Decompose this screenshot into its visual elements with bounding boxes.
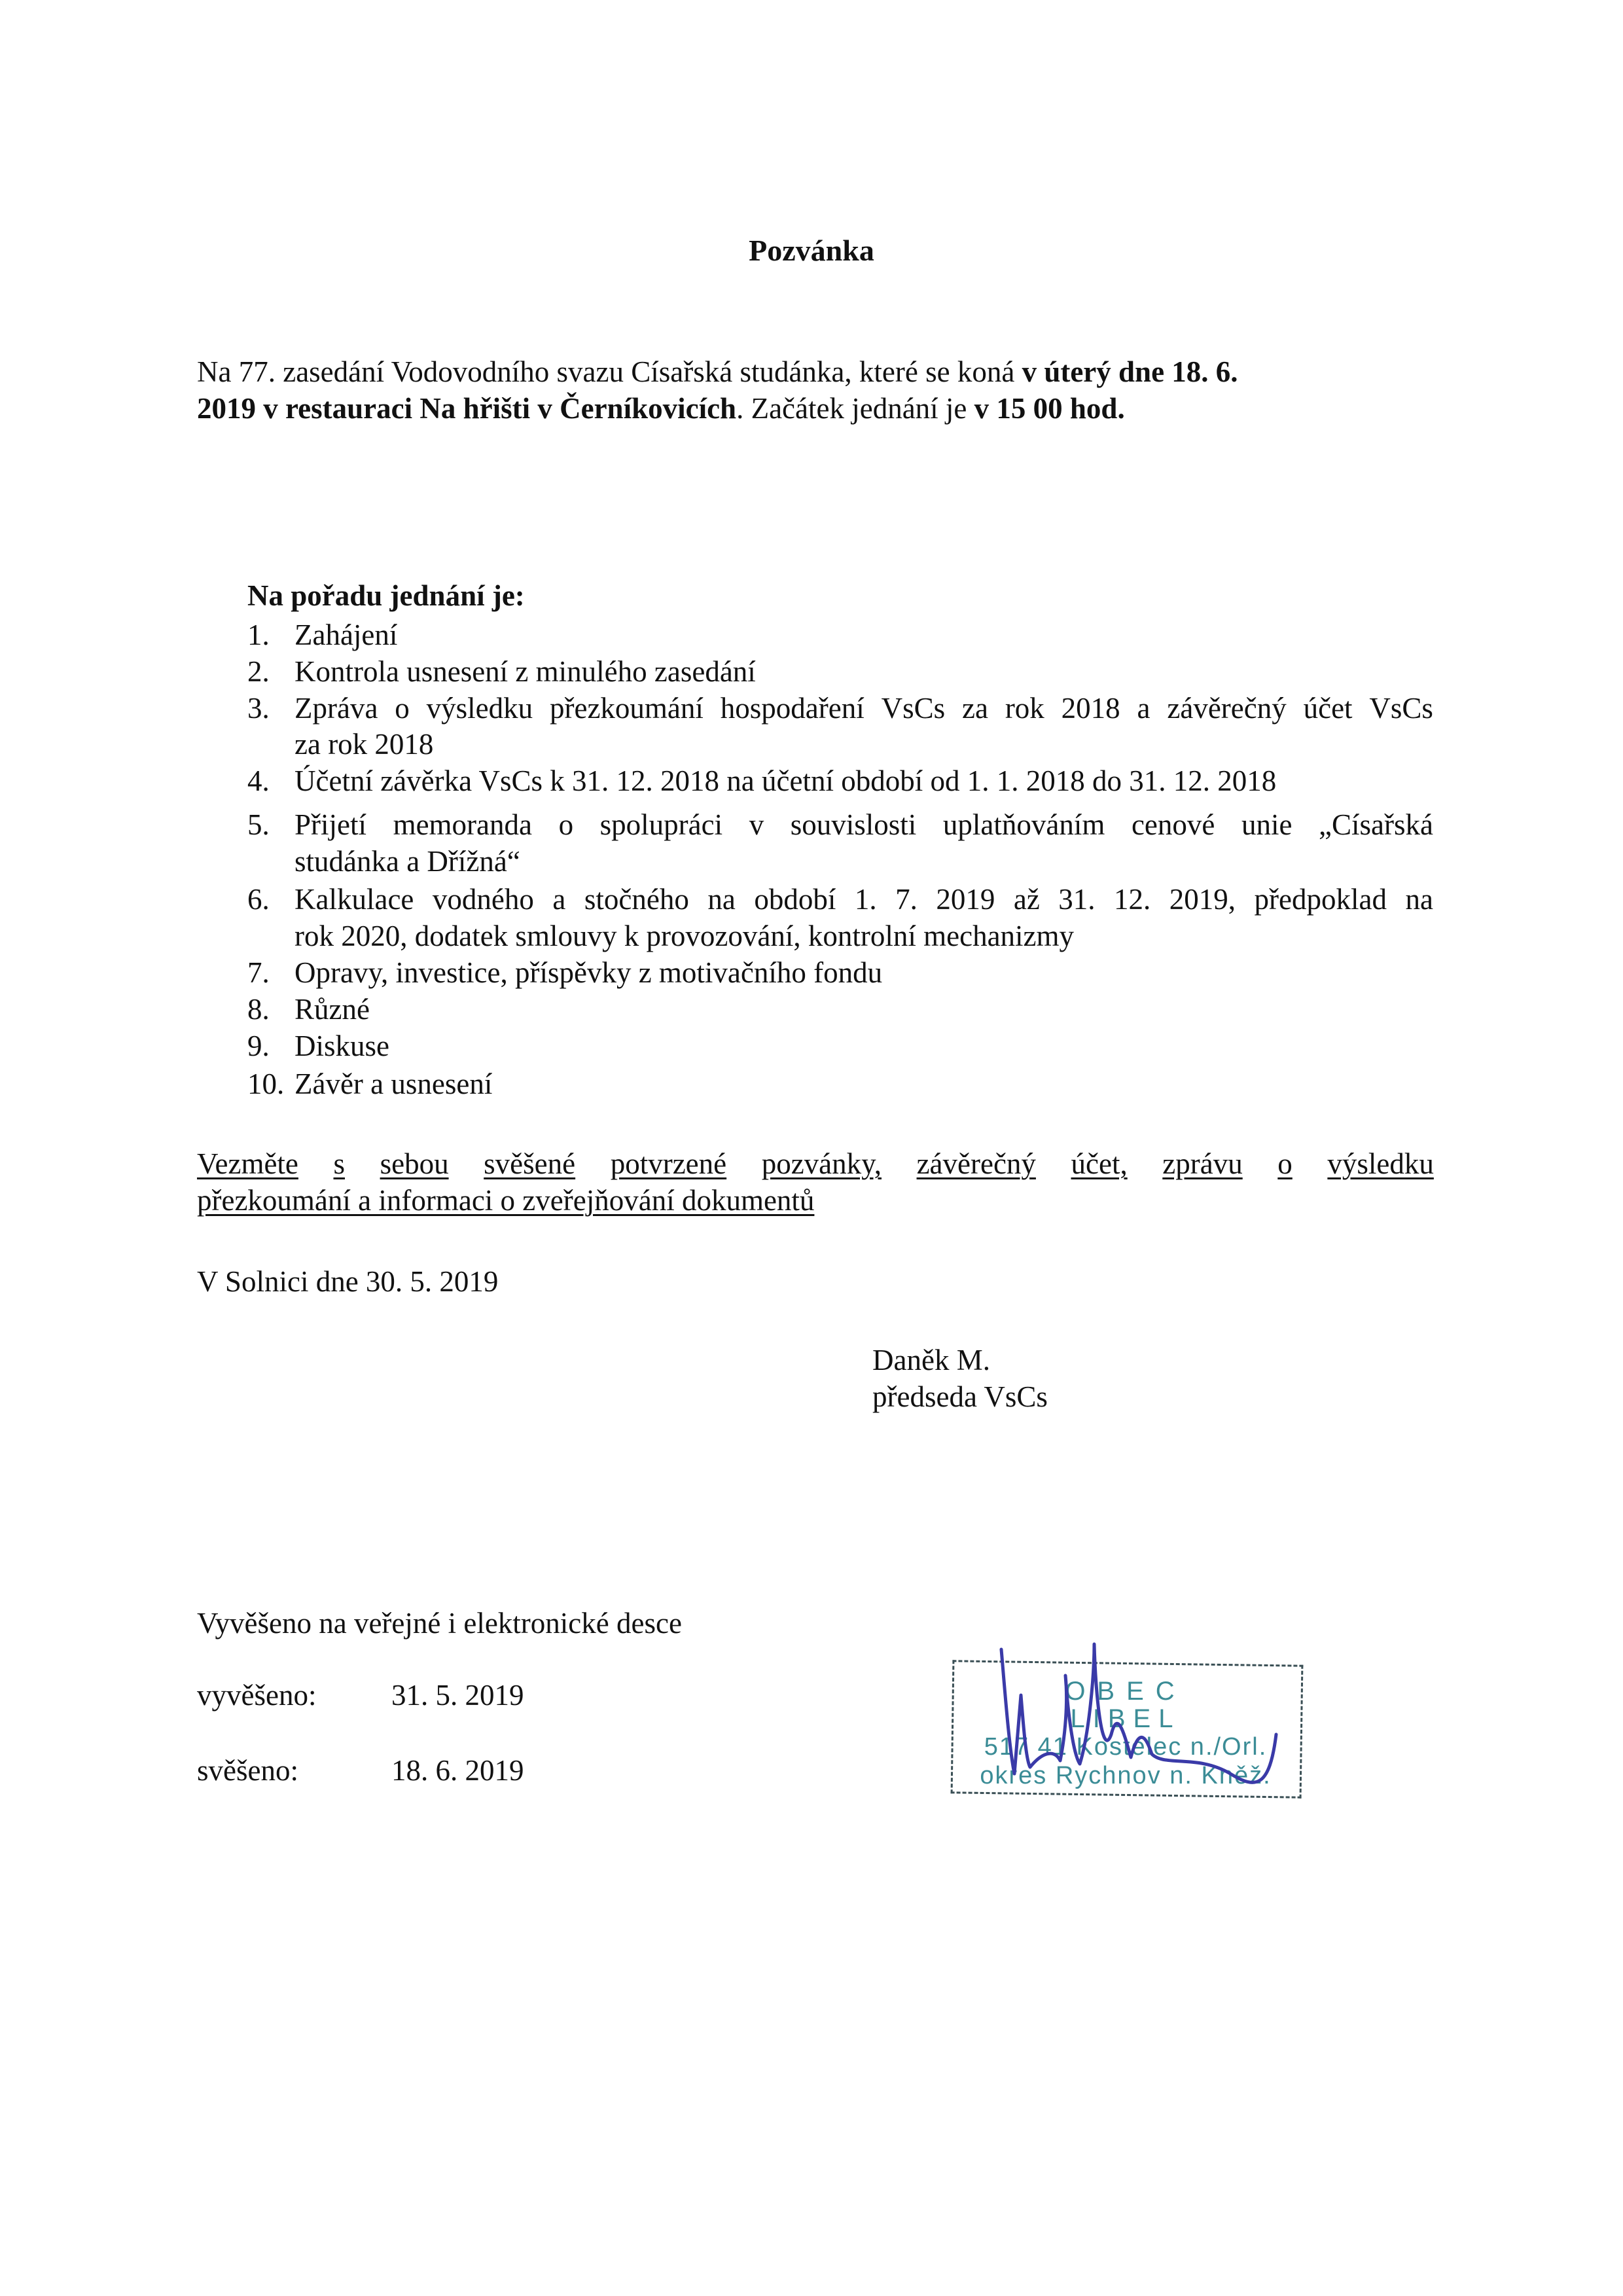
agenda-item-text: Přijetímemorandaospoluprácivsouvislostiu…: [294, 806, 1433, 843]
agenda-item-continuation: rok 2020, dodatek smlouvy k provozování,…: [247, 918, 1074, 954]
signatory-name: Daněk M.: [872, 1342, 990, 1378]
agenda-item-number: 7.: [247, 954, 294, 991]
posted-label: vyvěšeno:: [197, 1677, 316, 1713]
agenda-item-text: Závěr a usnesení: [294, 1067, 492, 1100]
agenda-item-number: 10.: [247, 1066, 294, 1102]
instruction-line-1: Vezmětessebousvěšenépotvrzenépozvánky,zá…: [197, 1145, 1434, 1182]
agenda-item-number: 2.: [247, 653, 294, 690]
agenda-item-number: 6.: [247, 881, 294, 918]
official-stamp: OBEC LIBEL 517 41 Kostelec n./Orl. okres…: [949, 1636, 1302, 1800]
intro-time-bold: v 15 00 hod.: [974, 392, 1125, 425]
agenda-item: 8.Různé: [247, 991, 370, 1028]
agenda-heading: Na pořadu jednání je:: [247, 577, 525, 614]
agenda-item-text: Kalkulacevodnéhoastočnéhonaobdobí1.7.201…: [294, 881, 1433, 918]
agenda-item-text: Kontrola usnesení z minulého zasedání: [294, 655, 756, 688]
agenda-item: 3.ZprávaovýsledkupřezkoumáníhospodařeníV…: [247, 690, 1433, 726]
intro-venue-bold: 2019 v restauraci Na hřišti v Černíkovic…: [197, 392, 736, 425]
intro-line-1: Na 77. zasedání Vodovodního svazu Císařs…: [197, 353, 1434, 390]
agenda-item: 1.Zahájení: [247, 617, 397, 653]
intro-plain-2: . Začátek jednání je: [736, 392, 974, 425]
document-title: Pozvánka: [0, 233, 1623, 268]
agenda-item: 10.Závěr a usnesení: [247, 1066, 492, 1102]
agenda-item: 5.Přijetímemorandaospoluprácivsouvislost…: [247, 806, 1433, 843]
agenda-item-number: 4.: [247, 762, 294, 799]
agenda-item: 7.Opravy, investice, příspěvky z motivač…: [247, 954, 882, 991]
agenda-item: 6.Kalkulacevodnéhoastočnéhonaobdobí1.7.2…: [247, 881, 1433, 918]
place-date: V Solnici dne 30. 5. 2019: [197, 1263, 498, 1300]
agenda-item-number: 1.: [247, 617, 294, 653]
agenda-item-text: rok 2020, dodatek smlouvy k provozování,…: [294, 920, 1074, 952]
agenda-item-text: Účetní závěrka VsCs k 31. 12. 2018 na úč…: [294, 764, 1276, 797]
removed-date: 18. 6. 2019: [391, 1752, 524, 1789]
agenda-item-text: Opravy, investice, příspěvky z motivační…: [294, 956, 882, 989]
agenda-item-text: za rok 2018: [294, 728, 433, 761]
agenda-item-text: studánka a Dřížná“: [294, 845, 520, 878]
agenda-item: 2.Kontrola usnesení z minulého zasedání: [247, 653, 756, 690]
intro-text: Na 77. zasedání Vodovodního svazu Císařs…: [197, 353, 1238, 390]
agenda-item-text: Diskuse: [294, 1030, 389, 1062]
agenda-item-text: Různé: [294, 993, 370, 1026]
posted-date: 31. 5. 2019: [391, 1677, 524, 1713]
agenda-item-number: 9.: [247, 1028, 294, 1064]
agenda-item-text: Zahájení: [294, 619, 397, 651]
instruction-line-2: přezkoumání a informaci o zveřejňování d…: [197, 1182, 1434, 1219]
agenda-item-number: 8.: [247, 991, 294, 1028]
signatory-role: předseda VsCs: [872, 1378, 1048, 1415]
agenda-item-continuation: studánka a Dřížná“: [247, 843, 520, 880]
agenda-item: 9.Diskuse: [247, 1028, 389, 1064]
agenda-item-text: ZprávaovýsledkupřezkoumáníhospodařeníVsC…: [294, 690, 1433, 726]
instruction-note: Vezmětessebousvěšenépotvrzenépozvánky,zá…: [197, 1145, 1434, 1219]
agenda-item: 4.Účetní závěrka VsCs k 31. 12. 2018 na …: [247, 762, 1276, 799]
intro-paragraph: Na 77. zasedání Vodovodního svazu Císařs…: [197, 353, 1434, 427]
intro-plain-1: Na 77. zasedání Vodovodního svazu Císařs…: [197, 355, 1022, 388]
intro-line-2: 2019 v restauraci Na hřišti v Černíkovic…: [197, 390, 1434, 427]
removed-label: svěšeno:: [197, 1752, 298, 1789]
posting-heading: Vyvěšeno na veřejné i elektronické desce: [197, 1605, 682, 1641]
signature-icon: [949, 1636, 1302, 1800]
agenda-item-number: 3.: [247, 690, 294, 726]
intro-date-bold: v úterý dne 18. 6.: [1022, 355, 1238, 388]
agenda-item-number: 5.: [247, 806, 294, 843]
agenda-item-continuation: za rok 2018: [247, 726, 433, 762]
